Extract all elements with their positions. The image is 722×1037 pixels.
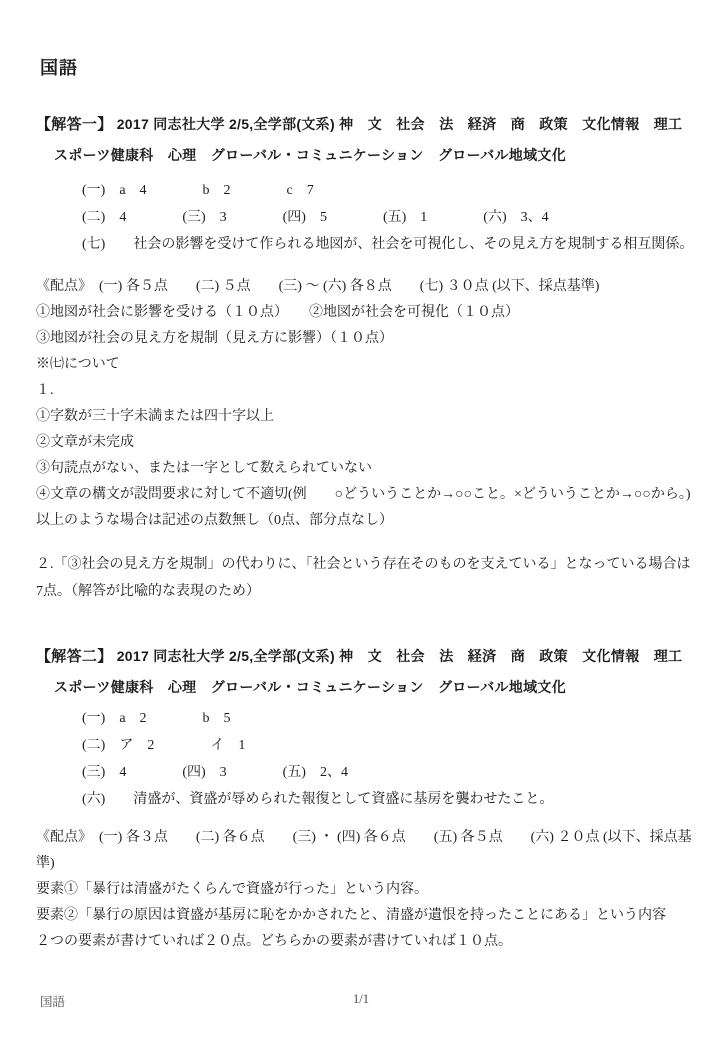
section-1-scoring: 《配点》 (一) 各５点 (二) ５点 (三) ～ (六) 各８点 (七) ３０…: [36, 274, 694, 534]
section-1-label: 【解答一】: [36, 116, 113, 133]
section-answer-1: 【解答一】 2017 同志社大学 2/5,全学部(文系) 神 文 社会 法 経済…: [36, 109, 694, 605]
page-title: 国語: [40, 56, 694, 80]
answer-line: (一) a 2 b 5: [36, 705, 694, 732]
scoring-header-line: 《配点》 (一) 各３点 (二) 各６点 (三) ・ (四) 各６点 (五) 各…: [36, 825, 694, 877]
section-2-label: 【解答二】: [36, 648, 113, 665]
section-1-exam-info-line2: スポーツ健康科 心理 グローバル・コミュニケーション グローバル地域文化: [36, 140, 694, 170]
section-1-exam-info: 2017 同志社大学 2/5,全学部(文系) 神 文 社会 法 経済 商 政策 …: [117, 116, 683, 132]
scoring-line: ③句読点がない、または一字として数えられていない: [36, 456, 694, 482]
scoring-note-paragraph: ２.「③社会の見え方を規制」の代わりに、「社会という存在そのものを支えている」と…: [36, 551, 694, 605]
scoring-line: ④文章の構文が設問要求に対して不適切(例 ○どういうことか→○○こと。×どういう…: [36, 482, 694, 508]
section-2-header: 【解答二】 2017 同志社大学 2/5,全学部(文系) 神 文 社会 法 経済…: [36, 641, 694, 672]
scoring-line: ①字数が三十字未満または四十字以上: [36, 404, 694, 430]
section-answer-2: 【解答二】 2017 同志社大学 2/5,全学部(文系) 神 文 社会 法 経済…: [36, 641, 694, 955]
document-page: 国語 【解答一】 2017 同志社大学 2/5,全学部(文系) 神 文 社会 法…: [0, 0, 722, 1037]
answer-line: (二) 4 (三) 3 (四) 5 (五) 1 (六) 3、4: [36, 204, 694, 231]
answer-line: (二) ア 2 イ 1: [36, 732, 694, 759]
document-content: 国語 【解答一】 2017 同志社大学 2/5,全学部(文系) 神 文 社会 法…: [36, 0, 694, 955]
section-2-answers: (一) a 2 b 5 (二) ア 2 イ 1 (三) 4 (四) 3 (五) …: [36, 705, 694, 813]
scoring-line: ③地図が社会の見え方を規制（見え方に影響）（１０点）: [36, 326, 694, 352]
footer-page-number: 1/1: [353, 992, 369, 1006]
scoring-line: ※㈦について: [36, 352, 694, 378]
scoring-line: 以上のような場合は記述の点数無し（0点、部分点なし）: [36, 508, 694, 534]
answer-line: (一) a 4 b 2 c 7: [36, 177, 694, 204]
scoring-line: ①地図が社会に影響を受ける（１０点） ②地図が社会を可視化（１０点）: [36, 300, 694, 326]
scoring-line: １.: [36, 378, 694, 404]
section-1-answers: (一) a 4 b 2 c 7 (二) 4 (三) 3 (四) 5 (五) 1 …: [36, 177, 694, 258]
scoring-line: ２つの要素が書けていれば２０点。どちらかの要素が書けていれば１０点。: [36, 929, 694, 955]
answer-line: (三) 4 (四) 3 (五) 2、4: [36, 759, 694, 786]
section-2-scoring: 《配点》 (一) 各３点 (二) 各６点 (三) ・ (四) 各６点 (五) 各…: [36, 825, 694, 955]
answer-line: (七) 社会の影響を受けて作られる地図が、社会を可視化し、その見え方を規制する相…: [36, 231, 694, 258]
scoring-line: ②文章が未完成: [36, 430, 694, 456]
section-2-exam-info: 2017 同志社大学 2/5,全学部(文系) 神 文 社会 法 経済 商 政策 …: [117, 648, 683, 664]
section-2-exam-info-line2: スポーツ健康科 心理 グローバル・コミュニケーション グローバル地域文化: [36, 672, 694, 702]
scoring-line: 要素②「暴行の原因は資盛が基房に恥をかかされたと、清盛が遺恨を持ったことにある」…: [36, 903, 694, 929]
page-footer: 国語 1/1: [0, 992, 722, 1007]
section-1-header: 【解答一】 2017 同志社大学 2/5,全学部(文系) 神 文 社会 法 経済…: [36, 109, 694, 140]
scoring-line: 要素①「暴行は清盛がたくらんで資盛が行った」という内容。: [36, 877, 694, 903]
scoring-header-line: 《配点》 (一) 各５点 (二) ５点 (三) ～ (六) 各８点 (七) ３０…: [36, 274, 694, 300]
answer-line: (六) 清盛が、資盛が辱められた報復として資盛に基房を襲わせたこと。: [36, 786, 694, 813]
footer-subject-label: 国語: [40, 992, 65, 1010]
